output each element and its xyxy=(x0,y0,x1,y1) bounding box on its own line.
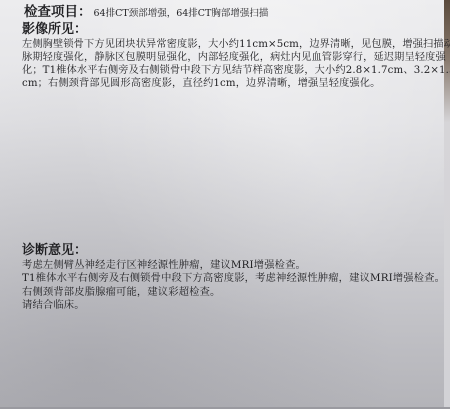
findings-line: cm；右侧颈背部见圆形高密度影，直径约1cm，边界清晰，增强呈轻度强化。 xyxy=(22,77,450,90)
diagnosis-section: 诊断意见： 考虑左侧臂丛神经走行区神经源性肿瘤，建议MRI增强检查。 T1椎体水… xyxy=(22,243,445,312)
findings-line: 脉期轻度强化，静脉区包膜明显强化，内部轻度强化，病灶内见血管影穿行，延迟期呈轻度… xyxy=(22,51,450,64)
diagnosis-line: 右侧颈背部皮脂腺瘤可能，建议彩超检查。 xyxy=(22,286,445,299)
diagnosis-heading: 诊断意见： xyxy=(22,243,445,259)
findings-section: 影像所见： 左侧胸壁锁骨下方见团块状异常密度影，大小约11cm×5cm，边界清晰… xyxy=(22,22,450,90)
diagnosis-line: T1椎体水平右侧旁及右侧锁骨中段下方高密度影，考虑神经源性肿瘤，建议MRI增强检… xyxy=(22,272,445,285)
findings-line: 左侧胸壁锁骨下方见团块状异常密度影，大小约11cm×5cm，边界清晰，见包膜，增… xyxy=(22,38,450,51)
diagnosis-line: 考虑左侧臂丛神经走行区神经源性肿瘤，建议MRI增强检查。 xyxy=(22,259,445,272)
exam-item-label: 检查项目： xyxy=(24,4,92,20)
findings-line: 化；T1椎体水平右侧旁及右侧锁骨中段下方见结节样高密度影，大小约2.8×1.7c… xyxy=(22,64,450,77)
diagnosis-line: 请结合临床。 xyxy=(22,299,445,312)
findings-heading: 影像所见： xyxy=(22,22,450,38)
exam-item-row: 检查项目：64排CT颈部增强，64排CT胸部增强扫描 xyxy=(24,1,268,20)
exam-item-value: 64排CT颈部增强，64排CT胸部增强扫描 xyxy=(94,8,269,19)
